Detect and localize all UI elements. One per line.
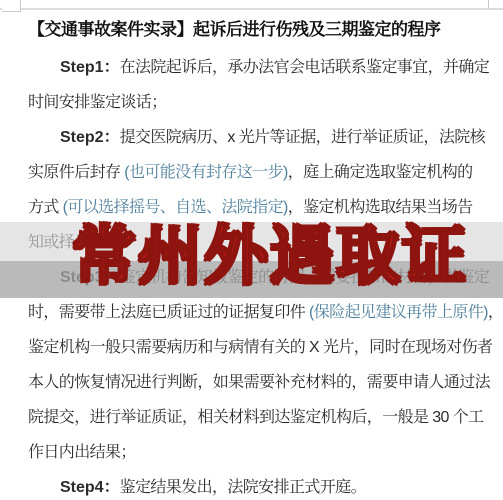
text-run-normal: 时，需要带上法庭已质证过的证据复印件 bbox=[28, 304, 309, 321]
text-run-normal: 本人的恢复情况进行判断，如果需要补充材料的，需要申请人通过法 bbox=[28, 374, 490, 391]
text-run-normal: ，鉴定机构选取结果当场告 bbox=[288, 199, 473, 216]
page-corner-mark-right-fill bbox=[489, 0, 503, 7]
text-run-normal: ，庭上确定选取鉴定机构的 bbox=[288, 164, 473, 181]
text-run-normal: 鉴定结果发出，法院安排正式开庭。 bbox=[120, 479, 366, 496]
doc-line: Step1：在法院起诉后，承办法官会电话联系鉴定事宜，并确定 bbox=[28, 50, 503, 85]
page-corner-mark-left bbox=[2, 0, 21, 12]
text-run-normal: ， bbox=[488, 304, 503, 321]
text-run-bold: Step1： bbox=[60, 59, 120, 76]
text-run-normal: 实原件后封存 bbox=[28, 164, 124, 181]
doc-line: 作日内出结果； bbox=[28, 435, 503, 470]
page-corner-mark-right bbox=[488, 0, 489, 9]
text-run-normal: 在法院起诉后，承办法官会电话联系鉴定事宜，并确定 bbox=[120, 59, 490, 76]
document-page: 【交通事故案件实录】起诉后进行伤残及三期鉴定的程序 Step1：在法院起诉后，承… bbox=[0, 0, 503, 500]
watermark-overlay: 常州外遇取证 bbox=[0, 222, 503, 298]
text-run-normal: 院提交，进行举证质证，相关材料到达鉴定机构后，一般是 30 个工 bbox=[28, 409, 484, 426]
text-run-normal: 方式 bbox=[28, 199, 63, 216]
text-run-normal: 鉴定机构一般只需要病历和与病情有关的 X 光片，同时在现场对伤者 bbox=[28, 339, 492, 356]
text-run-normal: 作日内出结果； bbox=[28, 444, 136, 461]
text-run-normal: 时间安排鉴定谈话； bbox=[28, 94, 167, 111]
doc-line: 时，需要带上法庭已质证过的证据复印件 (保险起见建议再带上原件)， bbox=[28, 295, 503, 330]
text-run-blue: (也可能没有封存这一步) bbox=[124, 164, 287, 181]
doc-line: Step2：提交医院病历、x 光片等证据，进行举证质证，法院核 bbox=[28, 120, 503, 155]
doc-line: 实原件后封存 (也可能没有封存这一步)，庭上确定选取鉴定机构的 bbox=[28, 155, 503, 190]
document-title: 【交通事故案件实录】起诉后进行伤残及三期鉴定的程序 bbox=[28, 18, 503, 42]
doc-line: Step4：鉴定结果发出，法院安排正式开庭。 bbox=[28, 470, 503, 500]
doc-line: 院提交，进行举证质证，相关材料到达鉴定机构后，一般是 30 个工 bbox=[28, 400, 503, 435]
text-run-bold: Step2： bbox=[60, 129, 120, 146]
text-run-bold: Step4： bbox=[60, 479, 120, 496]
doc-line: 时间安排鉴定谈话； bbox=[28, 85, 503, 120]
watermark-text: 常州外遇取证 bbox=[72, 222, 468, 298]
doc-line: 本人的恢复情况进行判断，如果需要补充材料的，需要申请人通过法 bbox=[28, 365, 503, 400]
page-top-border bbox=[0, 8, 503, 10]
text-run-blue: (保险起见建议再带上原件) bbox=[309, 304, 488, 321]
text-run-normal: 提交医院病历、x 光片等证据，进行举证质证，法院核 bbox=[120, 129, 485, 146]
text-run-blue: (可以选择摇号、自选、法院指定) bbox=[63, 199, 288, 216]
doc-line: 鉴定机构一般只需要病历和与病情有关的 X 光片，同时在现场对伤者 bbox=[28, 330, 503, 365]
